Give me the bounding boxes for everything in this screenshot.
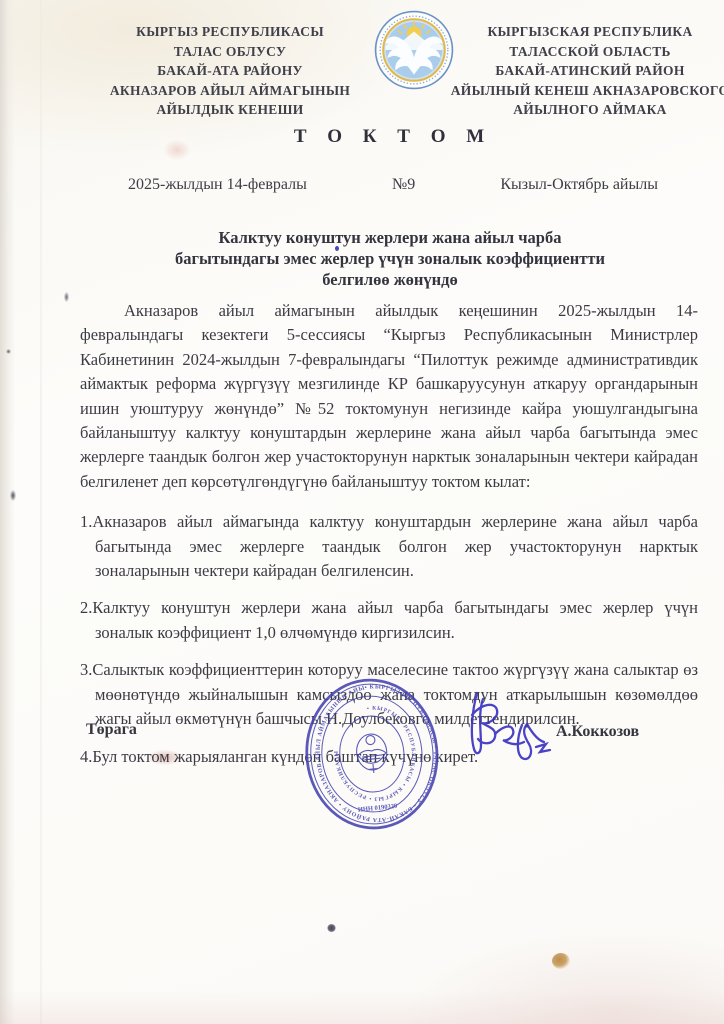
subject-line: Калктуу конуштун жерлери жана айыл чарба — [80, 227, 700, 248]
org-line: КЫРГЫЗ РЕСПУБЛИКАСЫ — [136, 22, 324, 42]
subject-line: белгилөө жөнүндө — [80, 269, 700, 290]
org-line: БАКАЙ-АТА РАЙОНУ — [157, 61, 303, 81]
org-line: КЫРГЫЗСКАЯ РЕСПУБЛИКА — [487, 22, 692, 42]
stamp-inner-ring-text: • КЫРГЫЗ • РЕСПУБЛИКАСЫ • КЫРГЫЗ • РЕСПУ… — [329, 701, 421, 805]
stamp-center-emblem — [355, 733, 389, 775]
decree-item-2: 2.Калктуу конуштун жерлери жана айыл чар… — [80, 596, 698, 645]
ink-speck — [6, 349, 11, 354]
subject-line: багытындагы эмес жерлер үчүн зоналык коэ… — [80, 248, 700, 269]
scanned-decree-page: КЫРГЫЗ РЕСПУБЛИКАСЫ ТАЛАС ОБЛУСУ БАКАЙ-А… — [0, 0, 724, 1024]
org-line: ТАЛАССКОЙ ОБЛАСТЬ — [509, 42, 671, 62]
document-title: Т О К Т О М — [80, 126, 706, 148]
signatory-name: А.Коккозов — [556, 723, 639, 741]
org-line: ТАЛАС ОБЛУСУ — [174, 42, 286, 62]
scan-edge-strip — [0, 0, 15, 1024]
signatory-role: Төрага — [86, 721, 137, 739]
subject-heading: Калктуу конуштун жерлери жана айыл чарба… — [80, 227, 700, 290]
document-number: №9 — [392, 176, 415, 194]
kyrgyz-coat-of-arms-icon — [373, 9, 455, 91]
org-line: АЙЫЛДЫК КЕНЕШИ — [156, 100, 303, 120]
document-place: Кызыл-Октябрь айылы — [500, 176, 658, 194]
date-row: 2025-жылдын 14-февралы №9 Кызыл-Октябрь … — [80, 176, 700, 194]
document-date: 2025-жылдын 14-февралы — [128, 176, 307, 194]
official-round-stamp: • КЫРГЫЗ РЕСПУБЛИКАСЫ • ТАЛАС ОБЛУСУ • Б… — [293, 669, 451, 841]
ink-speck — [64, 292, 69, 302]
ink-speck — [10, 490, 16, 501]
org-line: АКНАЗАРОВ АЙЫЛ АЙМАГЫНЫН — [110, 81, 350, 101]
handwritten-signature — [458, 683, 556, 779]
svg-text:• КЫРГЫЗ • РЕСПУБЛИКАСЫ • КЫРГ: • КЫРГЫЗ • РЕСПУБЛИКАСЫ • КЫРГЫЗ • РЕСПУ… — [329, 701, 421, 805]
preamble-paragraph: Акназаров айыл аймагынын айылдык кеңешин… — [80, 299, 698, 494]
scan-crease — [40, 0, 42, 1024]
decree-item-1: 1.Акназаров айыл аймагында калктуу конуш… — [80, 510, 698, 583]
org-line: АЙЫЛНОГО АЙМАКА — [513, 100, 666, 120]
paper-stain — [552, 953, 570, 969]
org-line: БАКАЙ-АТИНСКИЙ РАЙОН — [495, 61, 684, 81]
letterhead-russian: КЫРГЫЗСКАЯ РЕСПУБЛИКА ТАЛАССКОЙ ОБЛАСТЬ … — [452, 22, 724, 120]
ink-speck — [327, 924, 336, 932]
scan-bottom-tint — [0, 990, 724, 1024]
org-line: АЙЫЛНЫЙ КЕНЕШ АКНАЗАРОВСКОГО — [451, 81, 724, 101]
letterhead-kyrgyz: КЫРГЫЗ РЕСПУБЛИКАСЫ ТАЛАС ОБЛУСУ БАКАЙ-А… — [88, 22, 372, 120]
